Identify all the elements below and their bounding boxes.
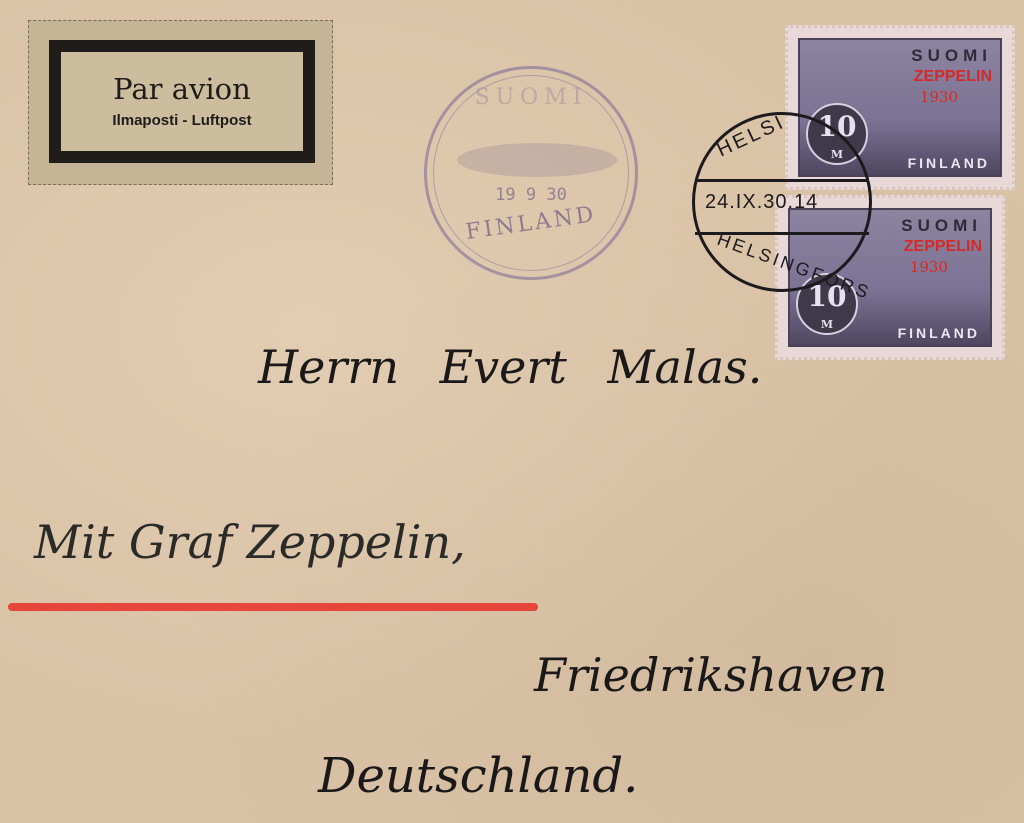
stamp-name: FINLAND	[898, 325, 980, 341]
addressee-name: Herrn Evert Malas.	[258, 340, 762, 394]
airmail-label: Par avion Ilmaposti - Luftpost	[28, 20, 333, 185]
destination-country: Deutschland.	[318, 748, 638, 804]
stamp-country: SUOMI	[911, 46, 992, 66]
stamp-overprint: ZEPPELIN	[914, 68, 992, 86]
airmail-label-frame: Par avion Ilmaposti - Luftpost	[49, 40, 315, 163]
airmail-label-title: Par avion	[113, 75, 251, 104]
postmark-city-top: HELSI	[714, 111, 790, 163]
stamp-overprint: ZEPPELIN	[904, 238, 982, 256]
zeppelin-cachet: SUOMI 19 9 30 FINLAND	[424, 66, 638, 280]
postmark: HELSI 24.IX.30.14 HELSINGFORS	[692, 112, 872, 292]
postmark-date: 24.IX.30.14	[705, 191, 818, 214]
destination-city: Friedrikshaven	[534, 648, 887, 702]
cachet-top-text: SUOMI	[427, 85, 635, 110]
routing-note: Mit Graf Zeppelin,	[34, 515, 466, 569]
envelope: Par avion Ilmaposti - Luftpost SUOMI 19 …	[0, 0, 1024, 823]
airmail-label-subtitle: Ilmaposti - Luftpost	[112, 112, 251, 129]
stamp-country: SUOMI	[901, 216, 982, 236]
stamp-year: 1930	[910, 258, 948, 276]
stamp-value-unit: M	[798, 319, 856, 331]
red-underline	[8, 603, 538, 611]
stamp-name: FINLAND	[908, 155, 990, 171]
zeppelin-icon	[457, 143, 617, 177]
stamp-year: 1930	[920, 88, 958, 106]
